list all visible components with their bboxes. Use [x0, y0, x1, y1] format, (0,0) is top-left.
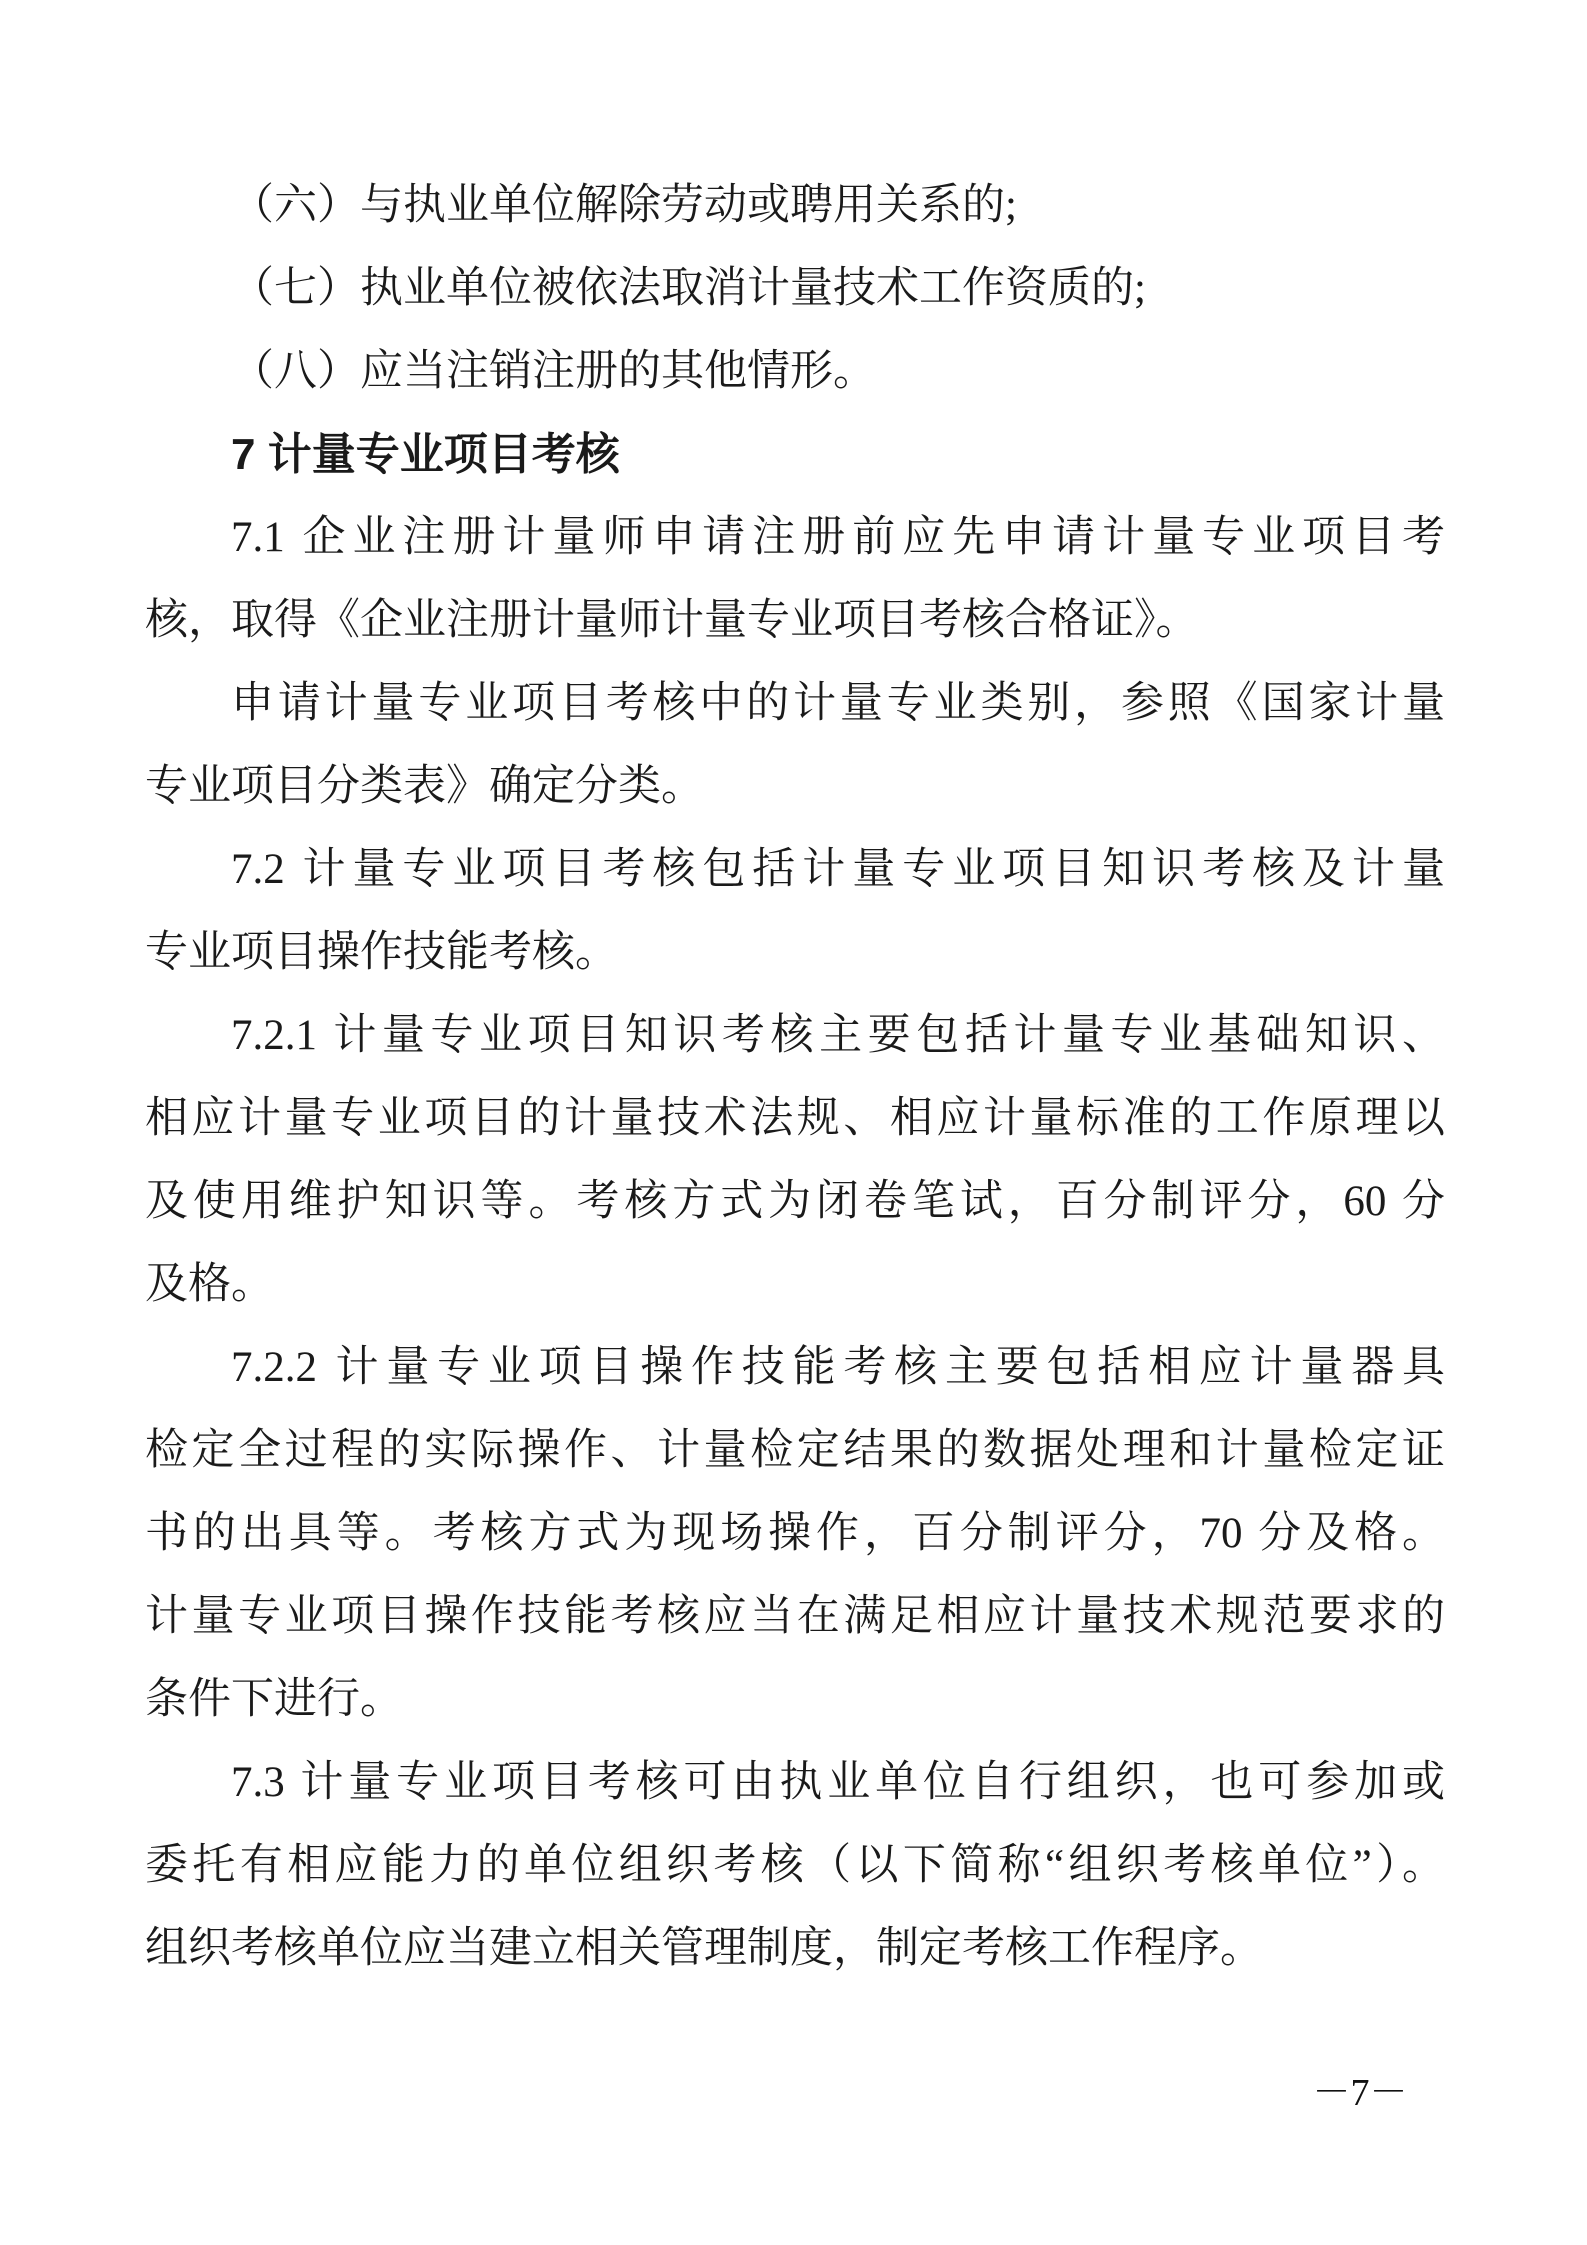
text-line: 专业项目分类表》确定分类。 — [145, 745, 1445, 828]
text-line: 检定全过程的实际操作、计量检定结果的数据处理和计量检定证 — [145, 1409, 1445, 1492]
text-line: 相应计量专业项目的计量技术法规、相应计量标准的工作原理以 — [145, 1077, 1445, 1160]
paragraph: 7.2 计量专业项目考核包括计量专业项目知识考核及计量专业项目操作技能考核。 — [145, 828, 1445, 994]
text-line: 委托有相应能力的单位组织考核（以下简称“组织考核单位”）。 — [145, 1824, 1445, 1907]
text-line: 7.1 企业注册计量师申请注册前应先申请计量专业项目考 — [145, 496, 1445, 579]
text-line: 及使用维护知识等。考核方式为闭卷笔试，百分制评分，60 分 — [145, 1160, 1445, 1243]
text-line: 条件下进行。 — [145, 1658, 1445, 1741]
text-line: 7.2.1 计量专业项目知识考核主要包括计量专业基础知识、 — [145, 994, 1445, 1077]
text-line: 核，取得《企业注册计量师计量专业项目考核合格证》。 — [145, 579, 1445, 662]
paragraph: 7.2.1 计量专业项目知识考核主要包括计量专业基础知识、相应计量专业项目的计量… — [145, 994, 1445, 1326]
text-line: （六）与执业单位解除劳动或聘用关系的; — [145, 164, 1445, 247]
paragraph: （七）执业单位被依法取消计量技术工作资质的; — [145, 247, 1445, 330]
paragraph: 申请计量专业项目考核中的计量专业类别，参照《国家计量专业项目分类表》确定分类。 — [145, 662, 1445, 828]
text-line: 专业项目操作技能考核。 — [145, 911, 1445, 994]
paragraph: （八）应当注销注册的其他情形。 — [145, 330, 1445, 413]
page-number: －7－ — [1300, 2068, 1420, 2118]
text-line: 7 计量专业项目考核 — [145, 413, 1445, 496]
document-page: （六）与执业单位解除劳动或聘用关系的;（七）执业单位被依法取消计量技术工作资质的… — [0, 0, 1587, 2245]
text-line: 组织考核单位应当建立相关管理制度，制定考核工作程序。 — [145, 1907, 1445, 1990]
paragraph: 7.1 企业注册计量师申请注册前应先申请计量专业项目考核，取得《企业注册计量师计… — [145, 496, 1445, 662]
paragraph: （六）与执业单位解除劳动或聘用关系的; — [145, 164, 1445, 247]
text-line: （七）执业单位被依法取消计量技术工作资质的; — [145, 247, 1445, 330]
text-line: 7.3 计量专业项目考核可由执业单位自行组织，也可参加或 — [145, 1741, 1445, 1824]
text-line: 计量专业项目操作技能考核应当在满足相应计量技术规范要求的 — [145, 1575, 1445, 1658]
text-line: （八）应当注销注册的其他情形。 — [145, 330, 1445, 413]
text-line: 7.2.2 计量专业项目操作技能考核主要包括相应计量器具 — [145, 1326, 1445, 1409]
text-line: 及格。 — [145, 1243, 1445, 1326]
paragraph: 7.2.2 计量专业项目操作技能考核主要包括相应计量器具检定全过程的实际操作、计… — [145, 1326, 1445, 1741]
document-body: （六）与执业单位解除劳动或聘用关系的;（七）执业单位被依法取消计量技术工作资质的… — [145, 164, 1445, 1990]
section-heading: 7 计量专业项目考核 — [145, 413, 1445, 496]
text-line: 申请计量专业项目考核中的计量专业类别，参照《国家计量 — [145, 662, 1445, 745]
text-line: 书的出具等。考核方式为现场操作，百分制评分，70 分及格。 — [145, 1492, 1445, 1575]
paragraph: 7.3 计量专业项目考核可由执业单位自行组织，也可参加或委托有相应能力的单位组织… — [145, 1741, 1445, 1990]
text-line: 7.2 计量专业项目考核包括计量专业项目知识考核及计量 — [145, 828, 1445, 911]
